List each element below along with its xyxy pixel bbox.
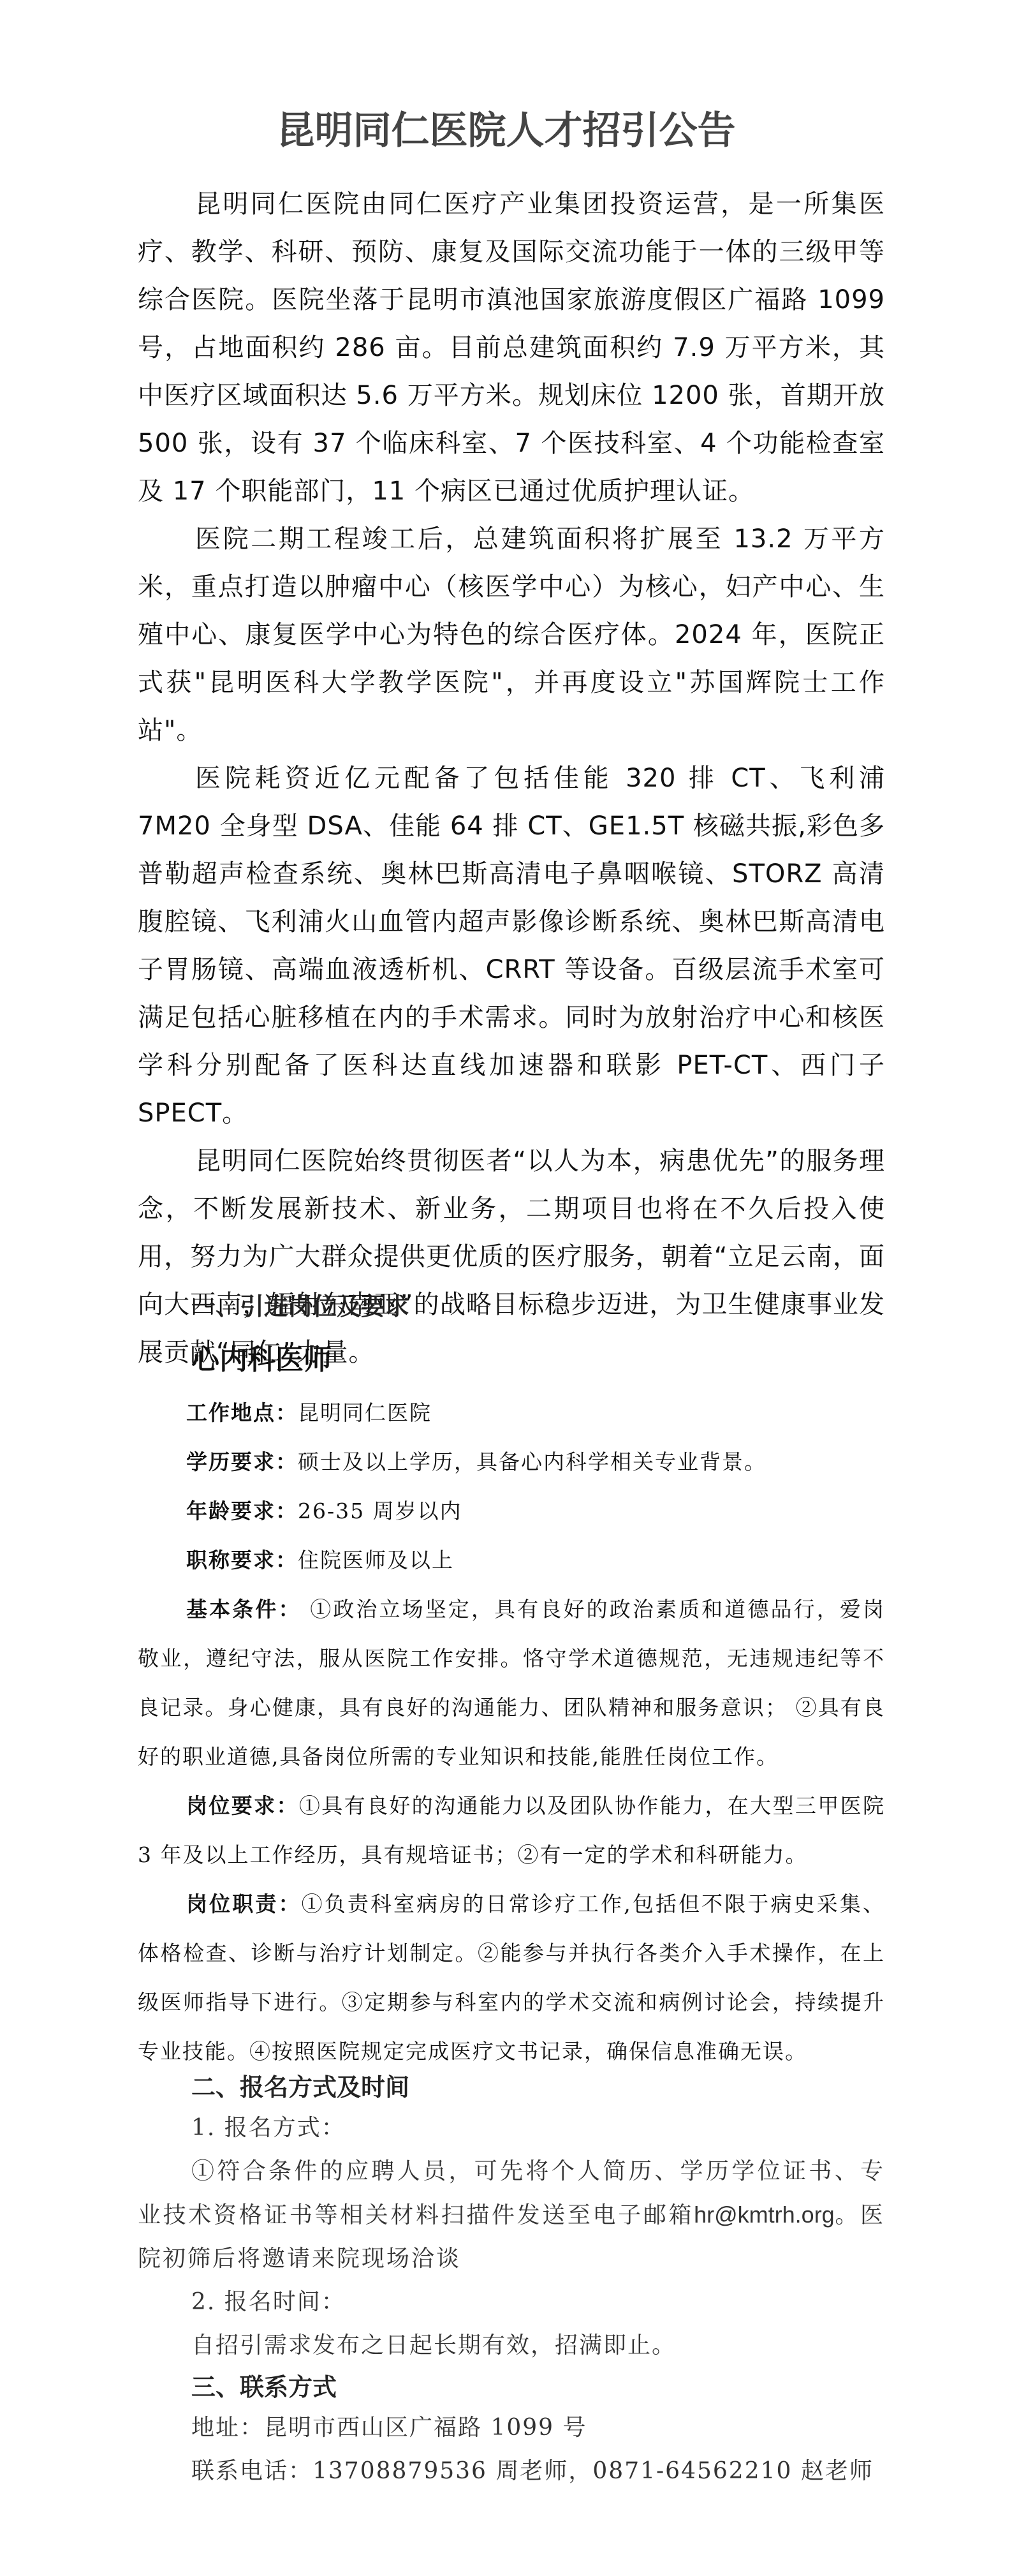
field-label: 岗位职责： xyxy=(186,1891,302,1916)
contact-address: 地址：昆明市西山区广福路 1099 号 xyxy=(138,2406,885,2450)
field-education: 学历要求：硕士及以上学历，具备心内科学相关专业背景。 xyxy=(138,1437,885,1486)
email-link[interactable]: hr@kmtrh.org xyxy=(694,2202,835,2228)
field-label: 学历要求： xyxy=(186,1449,298,1474)
position-duties: 岗位职责：①负责科室病房的日常诊疗工作,包括但不限于病史采集、体格检查、诊断与治… xyxy=(138,1879,885,2076)
field-value: 硕士及以上学历，具备心内科学相关专业背景。 xyxy=(298,1449,766,1474)
application-time-title: 2. 报名时间： xyxy=(138,2281,885,2324)
field-work-location: 工作地点：昆明同仁医院 xyxy=(138,1388,885,1437)
section-heading-application: 二、报名方式及时间 xyxy=(138,2068,885,2106)
field-value: 住院医师及以上 xyxy=(298,1548,454,1573)
page-title: 昆明同仁医院人才招引公告 xyxy=(0,99,1012,163)
intro-paragraph-2: 医院二期工程竣工后，总建筑面积将扩展至 13.2 万平方米，重点打造以肿瘤中心（… xyxy=(138,515,885,755)
field-label: 岗位要求： xyxy=(186,1793,299,1818)
field-value: 26-35 周岁以内 xyxy=(298,1499,462,1523)
field-label: 工作地点： xyxy=(186,1400,298,1425)
intro-paragraph-3: 医院耗资近亿元配备了包括佳能 320 排 CT、飞利浦 7M20 全身型 DSA… xyxy=(138,755,885,1137)
field-value: ①负责科室病房的日常诊疗工作,包括但不限于病史采集、体格检查、诊断与治疗计划制定… xyxy=(138,1891,885,2064)
intro-section: 昆明同仁医院由同仁医疗产业集团投资运营，是一所集医疗、教学、科研、预防、康复及国… xyxy=(138,181,885,1377)
section-positions: 一、引进岗位及要求 心内科医师 工作地点：昆明同仁医院 学历要求：硕士及以上学历… xyxy=(138,1287,885,2076)
basic-conditions: 基本条件： ①政治立场坚定，具有良好的政治素质和道德品行，爱岗敬业，遵纪守法，服… xyxy=(138,1585,885,1781)
position-title: 心内科医师 xyxy=(138,1335,885,1386)
field-label: 基本条件： xyxy=(186,1597,302,1622)
application-method-text: ①符合条件的应聘人员，可先将个人简历、学历学位证书、专业技术资格证书等相关材料扫… xyxy=(138,2150,885,2281)
application-time-text: 自招引需求发布之日起长期有效，招满即止。 xyxy=(138,2324,885,2367)
field-value: 昆明同仁医院 xyxy=(298,1400,432,1425)
field-label: 职称要求： xyxy=(186,1548,298,1573)
field-title: 职称要求：住院医师及以上 xyxy=(138,1536,885,1585)
position-requirements: 岗位要求：①具有良好的沟通能力以及团队协作能力，在大型三甲医院 3 年及以上工作… xyxy=(138,1781,885,1879)
field-value: ①政治立场坚定，具有良好的政治素质和道德品行，爱岗敬业，遵纪守法，服从医院工作安… xyxy=(138,1597,885,1769)
section-application: 二、报名方式及时间 1. 报名方式： ①符合条件的应聘人员，可先将个人简历、学历… xyxy=(138,2068,885,2367)
section-heading-contact: 三、联系方式 xyxy=(138,2368,885,2406)
application-method-title: 1. 报名方式： xyxy=(138,2106,885,2150)
intro-paragraph-1: 昆明同仁医院由同仁医疗产业集团投资运营，是一所集医疗、教学、科研、预防、康复及国… xyxy=(138,181,885,515)
section-contact: 三、联系方式 地址：昆明市西山区广福路 1099 号 联系电话：13708879… xyxy=(138,2368,885,2493)
section-heading-positions: 一、引进岗位及要求 xyxy=(138,1287,885,1326)
announcement-page: 昆明同仁医院人才招引公告 昆明同仁医院由同仁医疗产业集团投资运营，是一所集医疗、… xyxy=(0,0,1012,2576)
contact-phone: 联系电话：13708879536 周老师，0871-64562210 赵老师 xyxy=(138,2450,885,2493)
field-label: 年龄要求： xyxy=(186,1499,298,1523)
field-age: 年龄要求：26-35 周岁以内 xyxy=(138,1486,885,1536)
